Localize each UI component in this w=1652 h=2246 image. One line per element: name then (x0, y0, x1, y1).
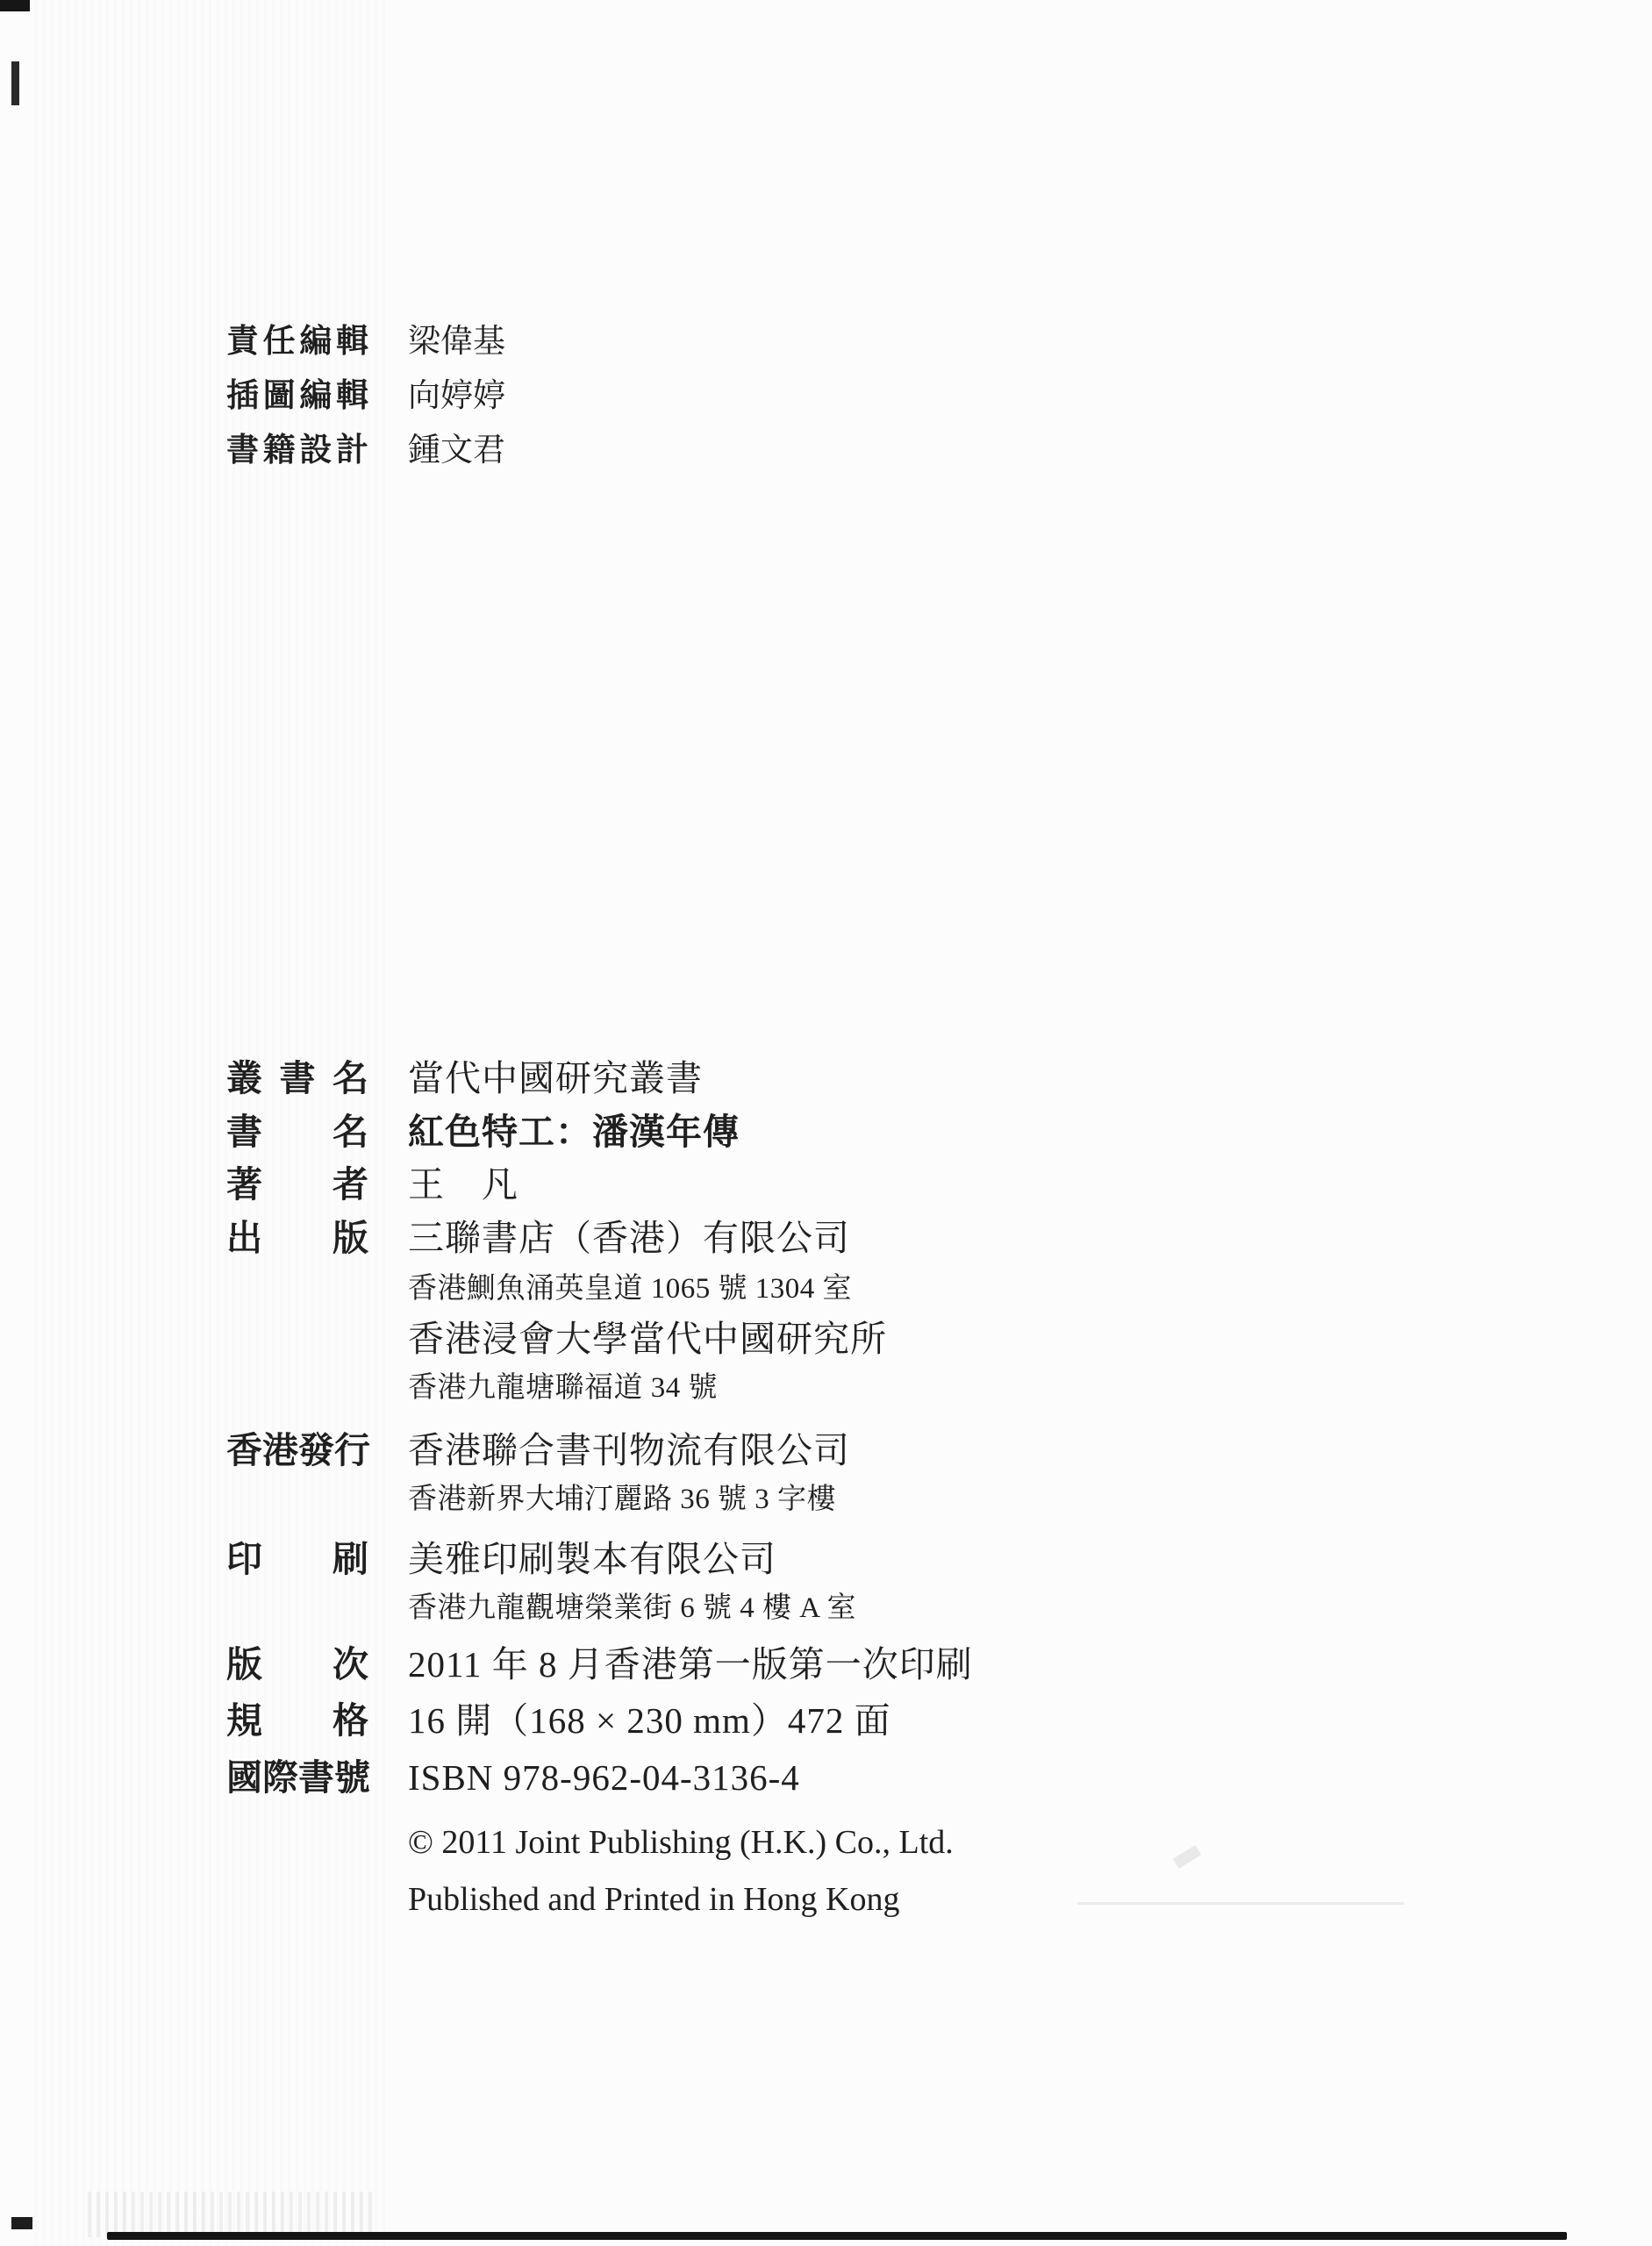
address-text: 香港鰂魚涌英皇道 1065 號 1304 室 (408, 1270, 852, 1307)
colophon-label: 香港發行 (226, 1429, 368, 1471)
colophon-label: 規格 (226, 1699, 368, 1742)
scan-streak-texture-bottom (88, 2192, 377, 2237)
author-name: 王 凡 (408, 1163, 518, 1205)
colophon-value: 當代中國研究叢書 (408, 1057, 703, 1099)
copyright-text: © 2011 Joint Publishing (H.K.) Co., Ltd. (408, 1822, 954, 1863)
scan-mark-bottom-left (11, 2217, 32, 2229)
colophon-label: 印刷 (226, 1538, 368, 1580)
scan-mark-top-corner (0, 0, 30, 11)
credit-value: 鍾文君 (408, 431, 505, 471)
format-text: 16 開（168 × 230 mm）472 面 (408, 1699, 891, 1742)
scan-mark-faint-smudge (1173, 1845, 1201, 1869)
colophon-label: 國際書號 (226, 1756, 368, 1799)
credit-label: 書籍設計 (226, 431, 368, 471)
copublisher-name: 香港浸會大學當代中國研究所 (408, 1318, 887, 1360)
scan-mark-left-tick (11, 61, 19, 105)
address-text: 香港新界大埔汀麗路 36 號 3 字樓 (408, 1481, 836, 1518)
credit-label: 責任編輯 (226, 322, 368, 362)
colophon-label: 書名 (226, 1111, 368, 1153)
colophon-label: 叢書名 (226, 1057, 368, 1099)
distributor-name: 香港聯合書刊物流有限公司 (408, 1429, 850, 1471)
address-text: 香港九龍塘聯福道 34 號 (408, 1370, 718, 1406)
address-text: 香港九龍觀塘榮業街 6 號 4 樓 A 室 (408, 1590, 856, 1627)
credit-label: 插圖編輯 (226, 376, 368, 417)
edition-text: 2011 年 8 月香港第一版第一次印刷 (408, 1643, 973, 1685)
credit-value: 向婷婷 (408, 376, 505, 417)
book-colophon-page: 責任編輯 梁偉基 插圖編輯 向婷婷 書籍設計 鍾文君 叢書名 當代中國研究叢書 … (0, 0, 1652, 2246)
scan-mark-bottom-bar (107, 2232, 1567, 2240)
book-title: 紅色特工：潘漢年傳 (408, 1111, 740, 1153)
scan-mark-faint-line (1077, 1902, 1404, 1905)
colophon-label: 版次 (226, 1643, 368, 1685)
colophon-label: 出版 (226, 1217, 368, 1259)
printed-in-text: Published and Printed in Hong Kong (408, 1879, 899, 1920)
isbn-number: ISBN 978-962-04-3136-4 (408, 1756, 800, 1799)
colophon-label: 著者 (226, 1163, 368, 1205)
publisher-name: 三聯書店（香港）有限公司 (408, 1217, 850, 1259)
credit-value: 梁偉基 (408, 322, 505, 362)
printer-name: 美雅印刷製本有限公司 (408, 1538, 776, 1580)
